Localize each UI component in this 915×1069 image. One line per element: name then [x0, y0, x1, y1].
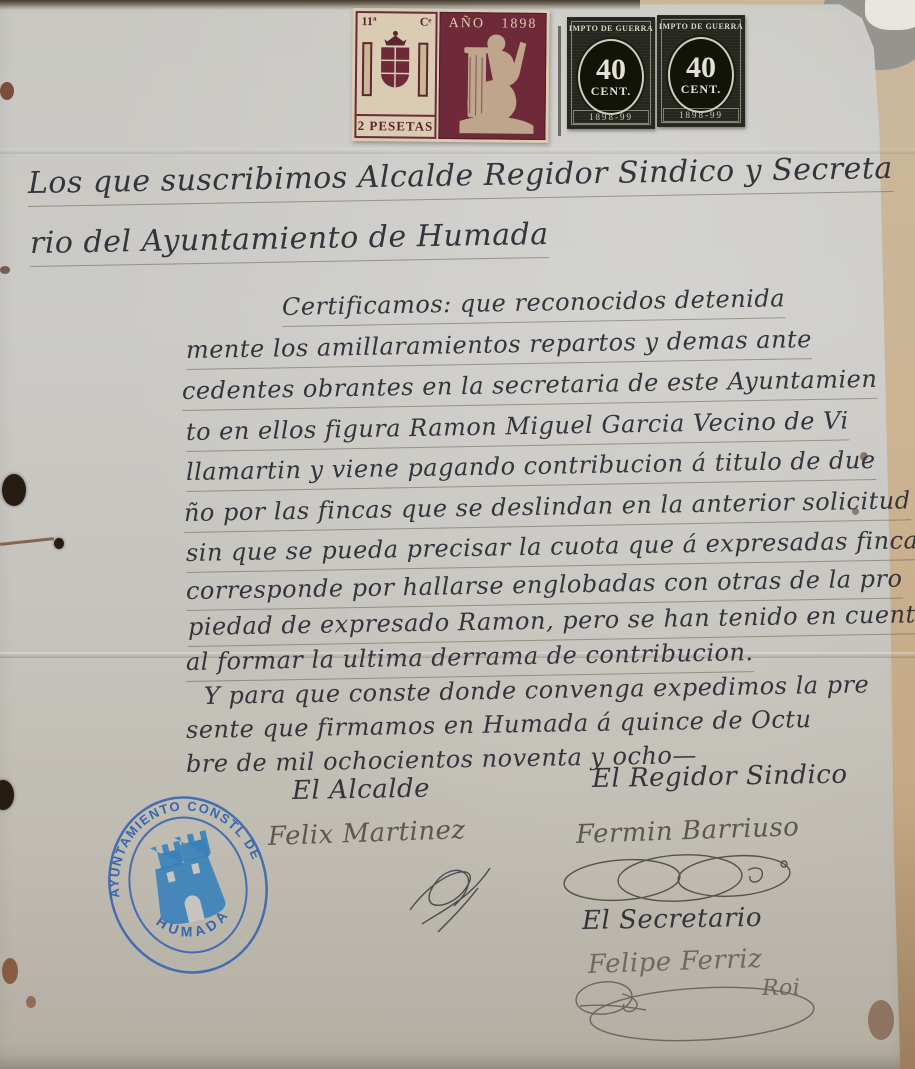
war-stamp-title: IMPTO DE GUERRA — [657, 22, 745, 31]
stamp-sheet-edge — [558, 26, 561, 136]
title-secretario: El Secretario — [582, 903, 762, 936]
war-tax-stamp: IMPTO DE GUERRA 40 CENT. 1898-99 — [567, 17, 655, 129]
war-stamp-oval: 40 CENT. — [668, 37, 734, 113]
war-stamp-unit: CENT. — [591, 84, 631, 99]
stain — [0, 82, 14, 100]
fiscal-class-letter: Cᵉ — [420, 15, 432, 30]
war-stamp-years: 1898-99 — [663, 108, 739, 122]
fiscal-stamp-arms-panel: 11ª Cᵉ 2 PESETAS — [354, 11, 437, 139]
punch-hole — [2, 474, 26, 506]
signature-rubric — [552, 966, 832, 1052]
document-scan: 11ª Cᵉ 2 PESETAS AÑO 1 — [0, 0, 915, 1069]
signature-rubric — [392, 848, 512, 934]
stain — [868, 1000, 894, 1040]
fiscal-stamp-figure-panel: AÑO 1898 — [438, 12, 546, 140]
castle-tower-icon — [143, 830, 228, 929]
stain — [2, 958, 18, 984]
fiscal-class-number: 11ª — [361, 14, 376, 29]
fiscal-stamp-value: 2 PESETAS — [356, 114, 434, 137]
title-regidor-sindico: El Regidor Sindico — [592, 760, 848, 794]
war-stamp-years: 1898-99 — [573, 110, 649, 124]
fiscal-stamp-2-pesetas: 11ª Cᵉ 2 PESETAS AÑO 1 — [351, 8, 549, 143]
stain — [0, 266, 10, 274]
punch-hole — [54, 538, 64, 549]
stain — [26, 996, 36, 1008]
war-tax-stamp: IMPTO DE GUERRA 40 CENT. 1898-99 — [657, 15, 745, 127]
war-stamp-unit: CENT. — [681, 82, 721, 97]
backdrop-white-sliver — [865, 0, 915, 30]
title-alcalde: El Alcalde — [292, 774, 431, 806]
war-stamp-amount: 40 — [596, 56, 626, 84]
war-stamp-oval: 40 CENT. — [578, 39, 644, 115]
allegorical-figure-icon — [439, 13, 546, 140]
coat-of-arms-icon — [357, 29, 436, 115]
war-stamp-title: IMPTO DE GUERRA — [567, 24, 655, 33]
top-edge-shadow — [0, 0, 640, 10]
war-stamp-amount: 40 — [686, 54, 716, 82]
